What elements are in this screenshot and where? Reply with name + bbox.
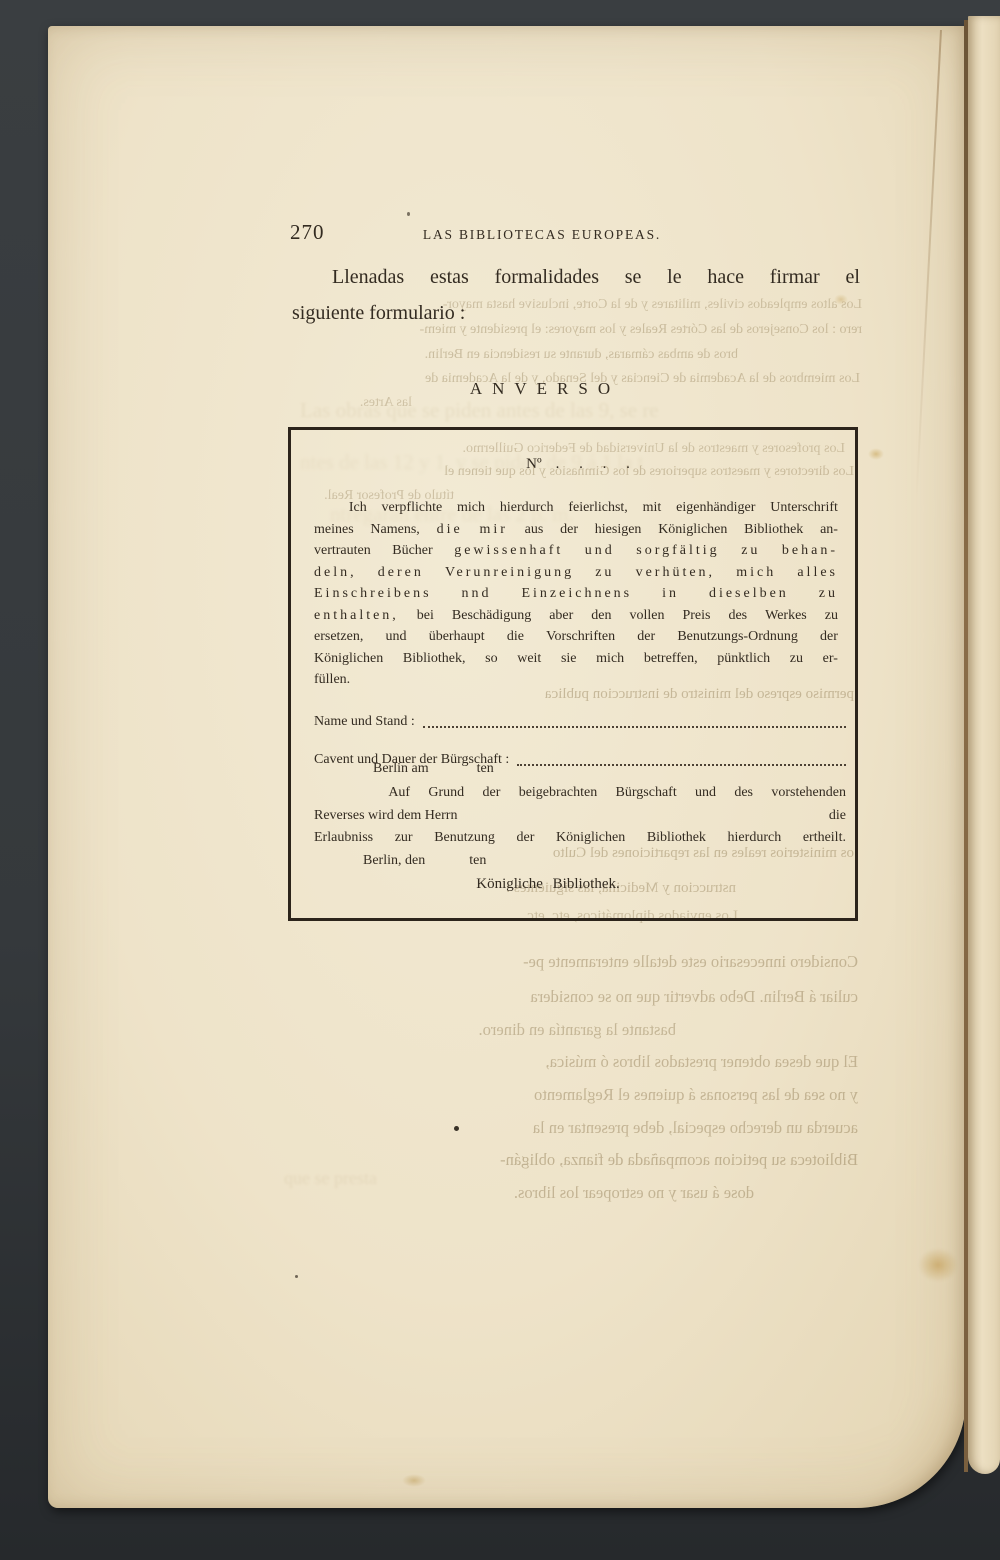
word: Llenadas — [332, 266, 404, 289]
word: le — [667, 266, 681, 289]
word: Grund — [428, 782, 464, 805]
word: formalidades — [495, 266, 599, 289]
word: er- — [823, 648, 838, 670]
word: den — [591, 605, 611, 627]
form-body-line: meinesNamens,diemirausderhiesigenKönigli… — [314, 519, 838, 541]
word: aus — [525, 519, 544, 541]
word: mich — [596, 648, 624, 670]
grant-paragraph: AufGrundderbeigebrachtenBürgschaftunddes… — [314, 782, 846, 872]
word: betreffen, — [644, 648, 698, 670]
word: an- — [820, 519, 838, 541]
word: zu — [595, 562, 614, 584]
word: in — [662, 583, 679, 605]
word: Ich — [349, 497, 367, 519]
word: alles — [797, 562, 838, 584]
grant-line-2-left: Reverses wird dem Herrn — [314, 805, 457, 828]
word: deren — [378, 562, 424, 584]
word: Auf — [388, 782, 410, 805]
word: verpflichte — [382, 497, 443, 519]
word: vertrauten — [314, 540, 371, 562]
word: bei — [417, 605, 434, 627]
word: Einzeichnens — [521, 583, 632, 605]
grant-line-4: Berlin, denten — [314, 850, 846, 873]
word: Benutzung — [434, 827, 495, 850]
word: eigenhändiger — [676, 497, 755, 519]
scanned-book-photo: Los altos empleados civiles, militares y… — [0, 0, 1000, 1560]
word: Königlichen — [658, 519, 727, 541]
word: se — [625, 266, 642, 289]
word: Bücher — [392, 540, 432, 562]
word: dieselben — [709, 583, 789, 605]
word: die — [437, 519, 463, 541]
word: ertheilt. — [803, 827, 846, 850]
word: mit — [643, 497, 662, 519]
word: der — [483, 782, 501, 805]
form-body-line: deln,derenVerunreinigungzuverhüten,micha… — [314, 562, 838, 584]
word: Königlichen — [314, 648, 383, 670]
word: deln, — [314, 562, 357, 584]
word: hiesigen — [595, 519, 642, 541]
word: und — [585, 540, 615, 562]
word: vorstehenden — [771, 782, 846, 805]
word: zu — [819, 583, 838, 605]
word: Bibliothek, — [403, 648, 466, 670]
word: Unterschrift — [770, 497, 838, 519]
word: Königlichen — [556, 827, 625, 850]
word: Erlaubniss — [314, 827, 373, 850]
word: ersetzen, — [314, 626, 363, 648]
cavent-line: Cavent und Dauer der Bürgschaft : — [314, 750, 848, 770]
form-body-line: vertrautenBüchergewissenhaftundsorgfälti… — [314, 540, 838, 562]
word: Preis — [682, 605, 710, 627]
number-dots: . . . . — [556, 456, 630, 472]
word: des — [728, 605, 747, 627]
grant-line-1: AufGrundderbeigebrachtenBürgschaftunddes… — [314, 782, 846, 805]
word: zu — [741, 540, 760, 562]
word: des — [734, 782, 753, 805]
grant-line-2-right: die — [829, 805, 846, 828]
signature-koenigliche-bibliothek: Königliche Bibliothek. — [291, 876, 805, 893]
intro-line-2: siguiente formulario : — [292, 302, 465, 325]
word: Bibliothek — [647, 827, 706, 850]
ten-label-2: ten — [469, 853, 486, 868]
form-body-line: KöniglichenBibliothek,soweitsiemichbetre… — [314, 648, 838, 670]
word: der — [516, 827, 534, 850]
word: Beschädigung — [452, 605, 531, 627]
word: gewissenhaft — [454, 540, 563, 562]
name-stand-label: Name und Stand : — [314, 712, 415, 732]
form-box: Nº. . . . Ichverpflichtemichhierdurchfei… — [288, 427, 858, 921]
word: und — [386, 626, 407, 648]
word: mich — [736, 562, 776, 584]
word: estas — [430, 266, 469, 289]
word: Namens, — [370, 519, 419, 541]
word: nnd — [462, 583, 492, 605]
word: meines — [314, 519, 354, 541]
form-body-line: füllen. — [314, 669, 838, 691]
word: hierdurch — [728, 827, 782, 850]
berlin-den-label: Berlin, den — [363, 853, 425, 868]
word: hace — [707, 266, 744, 289]
form-body-text: Ichverpflichtemichhierdurchfeierlichst,m… — [314, 497, 838, 691]
name-stand-line: Name und Stand : — [314, 712, 848, 732]
dotted-rule — [423, 712, 846, 728]
word: sorgfältig — [636, 540, 719, 562]
word: vollen — [629, 605, 664, 627]
word: der — [560, 519, 578, 541]
word: mich — [457, 497, 485, 519]
word: Bibliothek — [744, 519, 803, 541]
word: Einschreibens — [314, 583, 432, 605]
cavent-label: Cavent und Dauer der Bürgschaft : — [314, 750, 509, 770]
word: hierdurch — [500, 497, 554, 519]
word: Verunreinigung — [445, 562, 574, 584]
form-body-line: enthalten,beiBeschädigungaberdenvollenPr… — [314, 605, 838, 627]
form-body-line: EinschreibensnndEinzeichnensindieselbenz… — [314, 583, 838, 605]
word: Werkes — [765, 605, 807, 627]
word: weit — [517, 648, 541, 670]
word: der — [637, 626, 655, 648]
word: zu — [790, 648, 803, 670]
word: und — [695, 782, 716, 805]
word: enthalten, — [314, 605, 399, 627]
word: die — [507, 626, 524, 648]
number-label: Nº — [526, 456, 541, 472]
word: zu — [825, 605, 838, 627]
word: mir — [479, 519, 507, 541]
word: Vorschriften — [546, 626, 615, 648]
form-number-line: Nº. . . . — [315, 456, 841, 473]
intro-line-1: Llenadasestasformalidadesselehacefirmare… — [332, 266, 860, 289]
word: Benutzungs-Ordnung — [677, 626, 798, 648]
grant-line-3: ErlaubnisszurBenutzungderKöniglichenBibl… — [314, 827, 846, 850]
word: firmar — [770, 266, 820, 289]
word: beigebrachten — [519, 782, 598, 805]
word: zur — [395, 827, 413, 850]
word: feierlichst, — [568, 497, 627, 519]
section-heading-anverso: ANVERSO — [260, 379, 830, 399]
word: überhaupt — [429, 626, 485, 648]
word: sie — [561, 648, 577, 670]
next-page-edge — [968, 16, 1000, 1474]
grant-line-2: Reverses wird dem Herrn die — [314, 805, 846, 828]
word: so — [485, 648, 497, 670]
form-body-line: ersetzen,undüberhauptdieVorschriftenderB… — [314, 626, 838, 648]
form-body-line: Ichverpflichtemichhierdurchfeierlichst,m… — [314, 497, 838, 519]
word: pünktlich — [717, 648, 770, 670]
dotted-rule — [517, 750, 846, 766]
word: behan- — [782, 540, 838, 562]
word: el — [845, 266, 859, 289]
word: der — [820, 626, 838, 648]
word: aber — [549, 605, 573, 627]
word: verhüten, — [636, 562, 715, 584]
running-title: LAS BIBLIOTECAS EUROPEAS. — [257, 227, 827, 243]
word: Bürgschaft — [616, 782, 677, 805]
